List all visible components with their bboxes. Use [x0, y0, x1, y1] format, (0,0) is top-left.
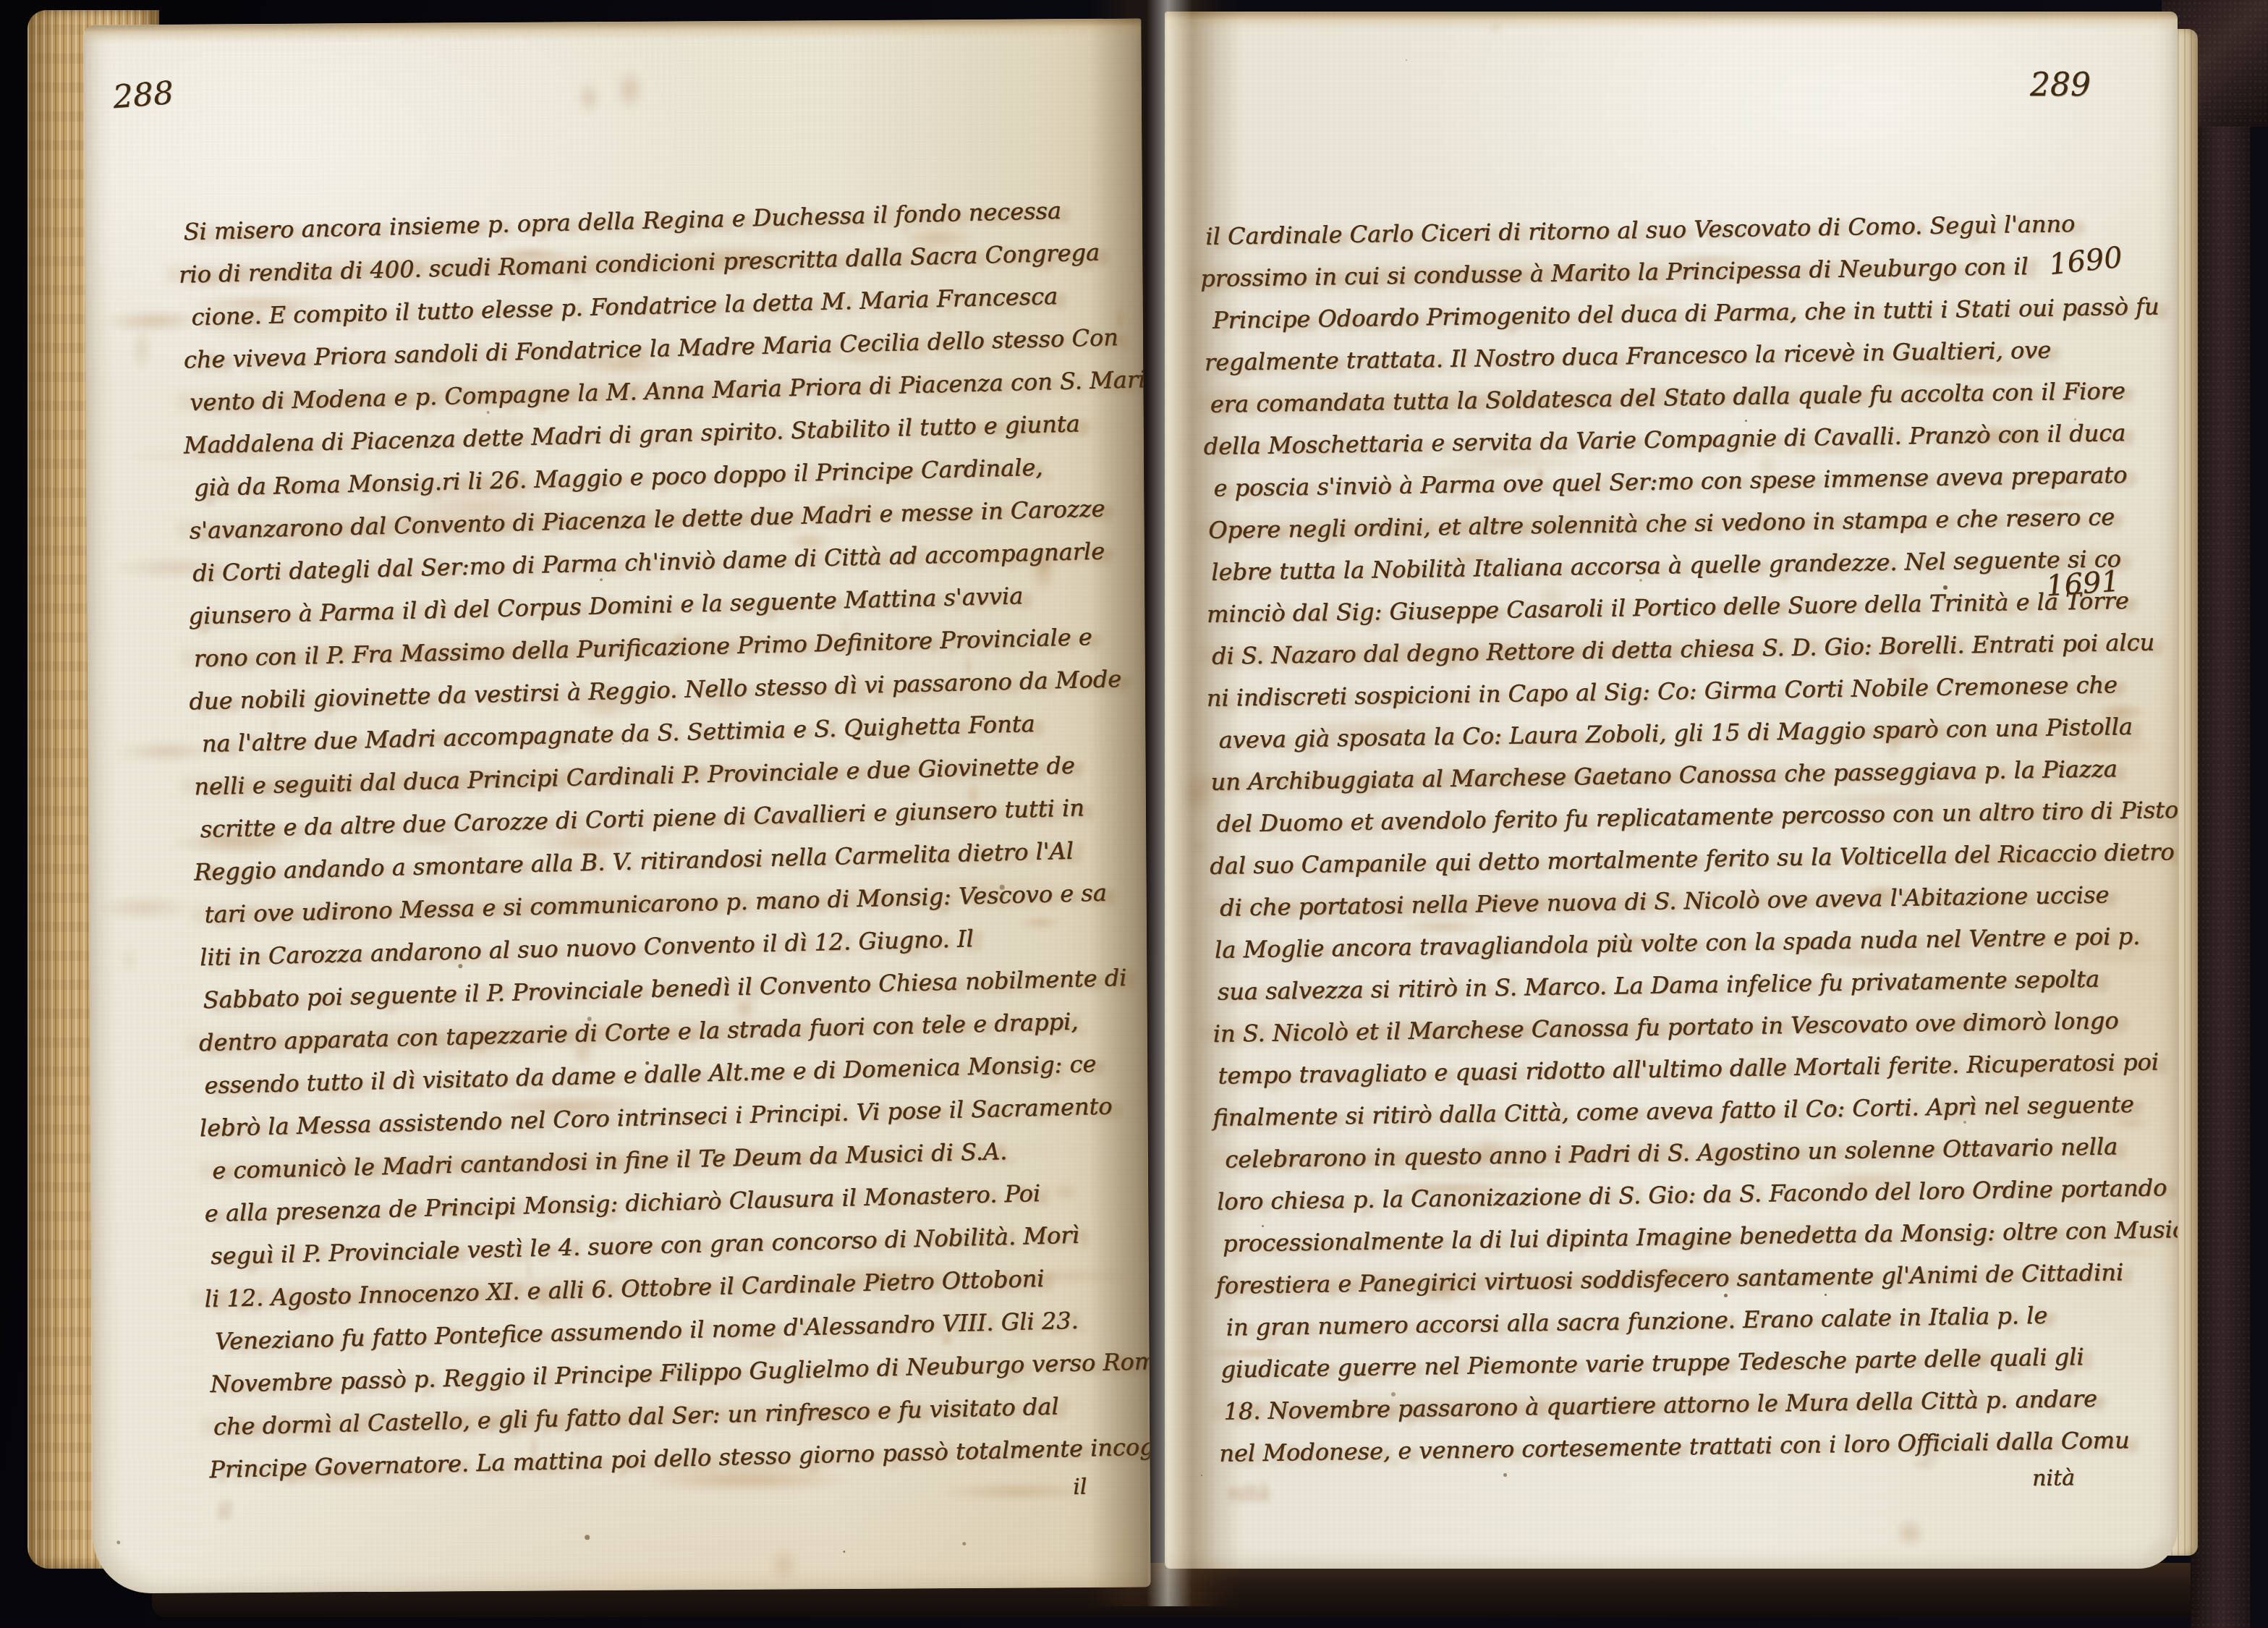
ink-speck	[843, 1551, 845, 1553]
book-cover-right-edge	[2191, 0, 2250, 1628]
page-top-edge	[1165, 12, 2178, 30]
page-number-right: 289	[2030, 67, 2091, 103]
left-page-text: Si misero ancora insieme p. opra della R…	[177, 188, 1142, 1530]
foxing-stain	[768, 1544, 799, 1585]
ink-speck	[1201, 1475, 1202, 1476]
foxing-stain	[1893, 1516, 1927, 1550]
foxing-stain	[93, 894, 196, 922]
ink-speck	[962, 1542, 966, 1546]
right-page-lines: il Cardinale Carlo Ciceri di ritorno al …	[1199, 202, 2130, 1475]
left-page-lines: Si misero ancora insieme p. opra della R…	[177, 188, 1142, 1491]
foxing-stain	[1196, 837, 1204, 855]
ink-speck	[1406, 59, 1407, 61]
ink-speck	[116, 1540, 120, 1544]
foxing-stain	[130, 327, 153, 373]
leather-texture	[2191, 0, 2250, 1628]
foxing-stain	[122, 946, 136, 973]
foxing-stain	[1180, 441, 1186, 456]
page-number-left: 288	[111, 75, 175, 116]
foxing-stain	[614, 67, 645, 112]
right-page-text: il Cardinale Carlo Ciceri di ritorno al …	[1199, 202, 2130, 1512]
ink-speck	[585, 1535, 590, 1540]
foxing-stain	[577, 80, 601, 114]
right-page: 289 1690 1691 il Cardinale Carlo Ciceri …	[1165, 12, 2178, 1569]
left-page: 288 Si misero ancora insieme p. opra del…	[83, 19, 1150, 1594]
page-top-edge	[83, 19, 1141, 44]
manuscript-photo: 288 Si misero ancora insieme p. opra del…	[0, 0, 2268, 1628]
